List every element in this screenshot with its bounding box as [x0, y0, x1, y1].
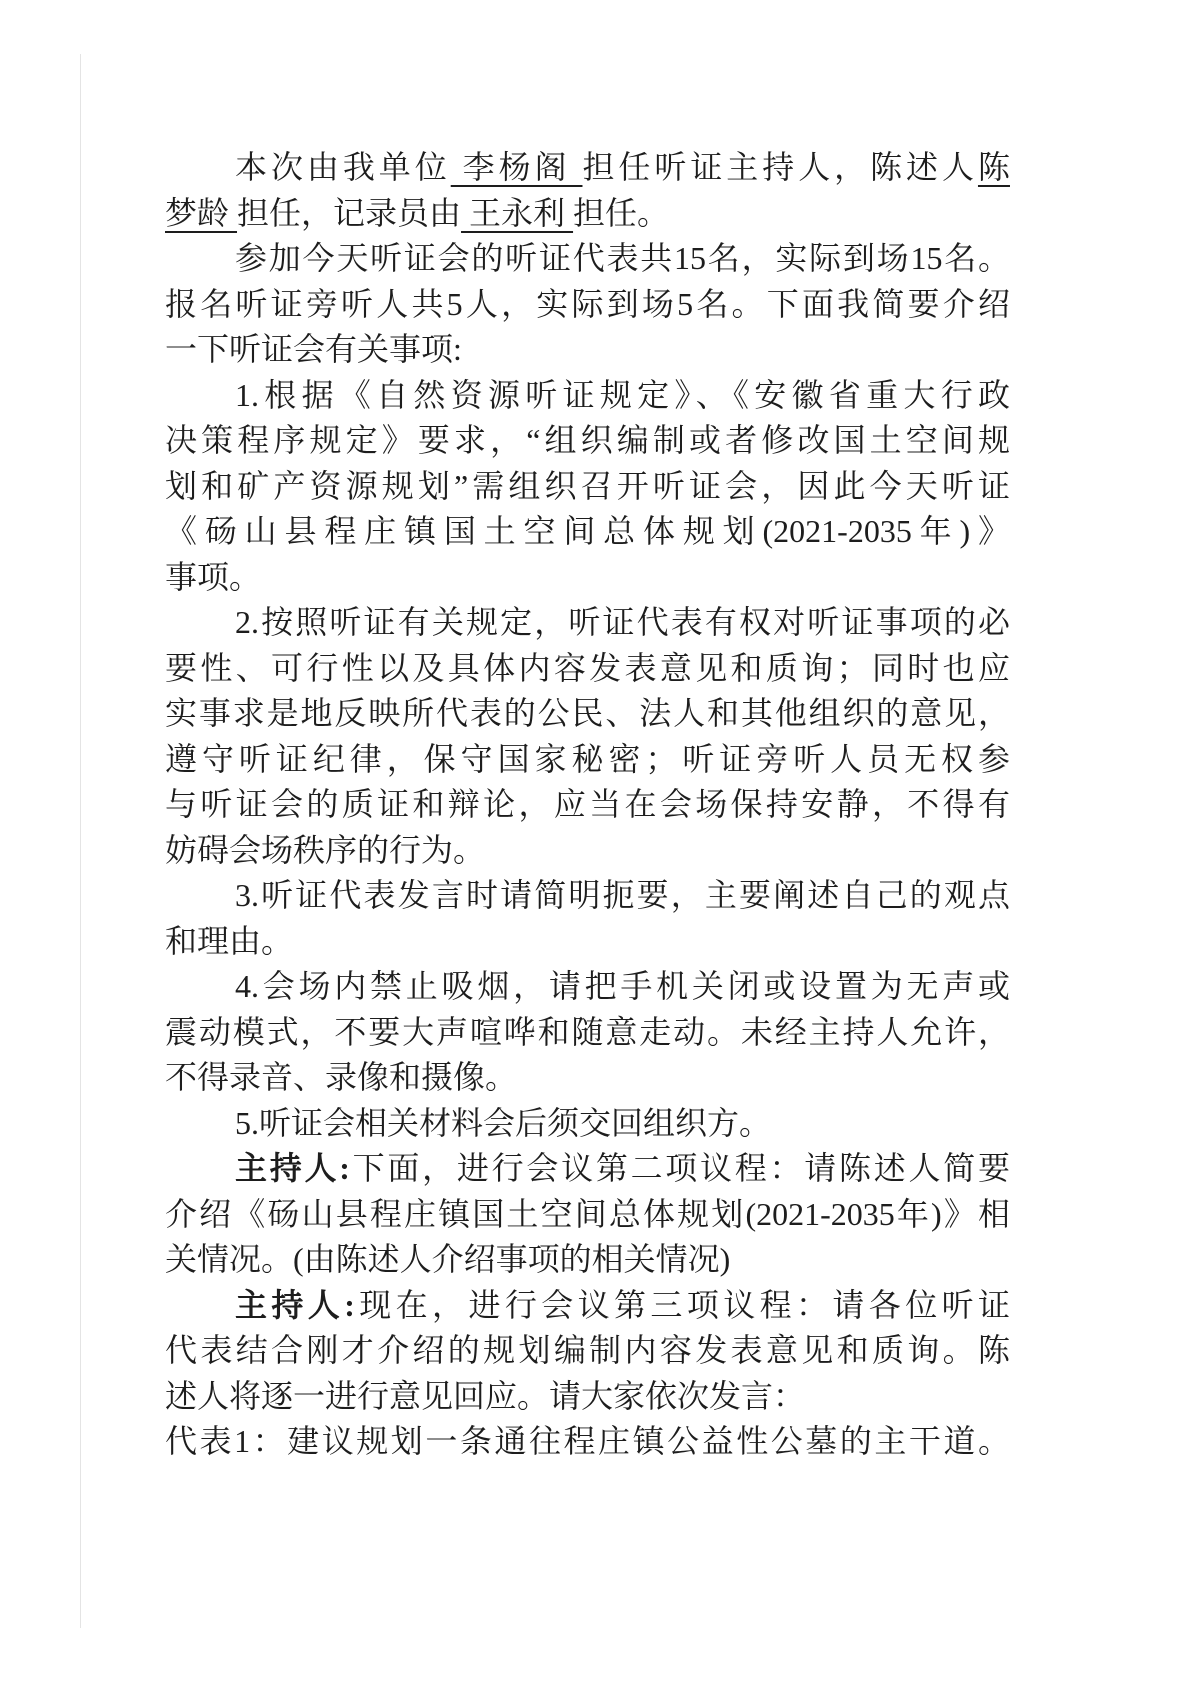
text-run: 要性、可行性以及具体内容发表意见和质询；同时也应 — [165, 650, 1010, 686]
speaker-label: 主持人: — [235, 1150, 350, 1186]
speaker-label: 主持人: — [235, 1287, 355, 1323]
text-line: 《砀山县程庄镇国土空间总体规划(2021-2035年)》 — [165, 509, 1010, 555]
text-run: 不得录音、录像和摄像。 — [165, 1059, 517, 1095]
text-line: 梦龄 担任，记录员由 王永利 担任。 — [165, 191, 1010, 237]
text-line: 震动模式，不要大声喧哗和随意走动。未经主持人允许， — [165, 1010, 1010, 1056]
text-run: 关情况。(由陈述人介绍事项的相关情况) — [165, 1241, 730, 1277]
underlined-name: 李杨阁 — [451, 149, 583, 185]
page-edge-rule — [80, 54, 81, 1628]
text-run: 决策程序规定》要求，“组织编制或者修改国土空间规 — [165, 422, 1010, 458]
text-line: 代表结合刚才介绍的规划编制内容发表意见和质询。陈 — [165, 1328, 1010, 1374]
text-run: 震动模式，不要大声喧哗和随意走动。未经主持人允许， — [165, 1014, 1010, 1050]
text-run: 3.听证代表发言时请简明扼要，主要阐述自己的观点 — [235, 877, 1010, 913]
text-run: 与听证会的质证和辩论，应当在会场保持安静，不得有 — [165, 786, 1010, 822]
text-run: 2.按照听证有关规定，听证代表有权对听证事项的必 — [235, 604, 1010, 640]
text-run: 代表1：建议规划一条通往程庄镇公益性公墓的主干道。 — [165, 1423, 1010, 1459]
text-line: 决策程序规定》要求，“组织编制或者修改国土空间规 — [165, 418, 1010, 464]
underlined-name: 梦龄 — [165, 195, 237, 231]
text-run: 代表结合刚才介绍的规划编制内容发表意见和质询。陈 — [165, 1332, 1010, 1368]
text-run: 担任，记录员由 — [237, 195, 461, 231]
text-run: 妨碍会场秩序的行为。 — [165, 832, 485, 868]
text-run: 事项。 — [165, 559, 261, 595]
text-run: 下面，进行会议第二项议程：请陈述人简要 — [350, 1150, 1010, 1186]
text-line: 事项。 — [165, 555, 1010, 601]
text-line: 代表1：建议规划一条通往程庄镇公益性公墓的主干道。 — [165, 1419, 1010, 1465]
text-line: 实事求是地反映所代表的公民、法人和其他组织的意见， — [165, 691, 1010, 737]
text-run: 和理由。 — [165, 923, 293, 959]
text-line: 4.会场内禁止吸烟，请把手机关闭或设置为无声或 — [165, 964, 1010, 1010]
text-run: 担任听证主持人，陈述人 — [582, 149, 977, 185]
text-run: 实事求是地反映所代表的公民、法人和其他组织的意见， — [165, 695, 1010, 731]
text-run: 介绍《砀山县程庄镇国土空间总体规划(2021-2035年)》相 — [165, 1196, 1010, 1232]
text-line: 主持人:现在，进行会议第三项议程：请各位听证 — [165, 1283, 1010, 1329]
text-run: 担任。 — [573, 195, 669, 231]
text-line: 报名听证旁听人共5人，实际到场5名。下面我简要介绍 — [165, 282, 1010, 328]
text-line: 遵守听证纪律，保守国家秘密；听证旁听人员无权参 — [165, 737, 1010, 783]
text-line: 5.听证会相关材料会后须交回组织方。 — [165, 1101, 1010, 1147]
text-line: 主持人:下面，进行会议第二项议程：请陈述人简要 — [165, 1146, 1010, 1192]
text-line: 和理由。 — [165, 919, 1010, 965]
text-run: 4.会场内禁止吸烟，请把手机关闭或设置为无声或 — [235, 968, 1010, 1004]
underlined-name: 王永利 — [461, 195, 573, 231]
text-run: 1.根据《自然资源听证规定》、《安徽省重大行政 — [235, 377, 1010, 413]
text-line: 述人将逐一进行意见回应。请大家依次发言： — [165, 1374, 1010, 1420]
text-line: 妨碍会场秩序的行为。 — [165, 828, 1010, 874]
text-line: 一下听证会有关事项: — [165, 327, 1010, 373]
text-run: 参加今天听证会的听证代表共15名，实际到场15名。 — [235, 240, 1010, 276]
text-run: 遵守听证纪律，保守国家秘密；听证旁听人员无权参 — [165, 741, 1010, 777]
text-run: 述人将逐一进行意见回应。请大家依次发言： — [165, 1378, 805, 1414]
text-line: 划和矿产资源规划”需组织召开听证会，因此今天听证 — [165, 464, 1010, 510]
text-line: 不得录音、录像和摄像。 — [165, 1055, 1010, 1101]
text-run: 现在，进行会议第三项议程：请各位听证 — [355, 1287, 1010, 1323]
document-page: 本次由我单位 李杨阁 担任听证主持人，陈述人陈梦龄 担任，记录员由 王永利 担任… — [0, 0, 1190, 1684]
text-run: 《砀山县程庄镇国土空间总体规划(2021-2035年)》 — [165, 513, 1010, 549]
text-run: 报名听证旁听人共5人，实际到场5名。下面我简要介绍 — [165, 286, 1010, 322]
text-line: 3.听证代表发言时请简明扼要，主要阐述自己的观点 — [165, 873, 1010, 919]
document-body: 本次由我单位 李杨阁 担任听证主持人，陈述人陈梦龄 担任，记录员由 王永利 担任… — [165, 145, 1010, 1465]
text-line: 本次由我单位 李杨阁 担任听证主持人，陈述人陈 — [165, 145, 1010, 191]
text-line: 与听证会的质证和辩论，应当在会场保持安静，不得有 — [165, 782, 1010, 828]
text-line: 2.按照听证有关规定，听证代表有权对听证事项的必 — [165, 600, 1010, 646]
text-run: 一下听证会有关事项: — [165, 331, 462, 367]
text-run: 5.听证会相关材料会后须交回组织方。 — [235, 1105, 771, 1141]
text-line: 介绍《砀山县程庄镇国土空间总体规划(2021-2035年)》相 — [165, 1192, 1010, 1238]
text-line: 要性、可行性以及具体内容发表意见和质询；同时也应 — [165, 646, 1010, 692]
text-line: 关情况。(由陈述人介绍事项的相关情况) — [165, 1237, 1010, 1283]
text-line: 1.根据《自然资源听证规定》、《安徽省重大行政 — [165, 373, 1010, 419]
text-line: 参加今天听证会的听证代表共15名，实际到场15名。 — [165, 236, 1010, 282]
text-run: 划和矿产资源规划”需组织召开听证会，因此今天听证 — [165, 468, 1010, 504]
text-run: 本次由我单位 — [235, 149, 451, 185]
underlined-name: 陈 — [978, 149, 1010, 185]
